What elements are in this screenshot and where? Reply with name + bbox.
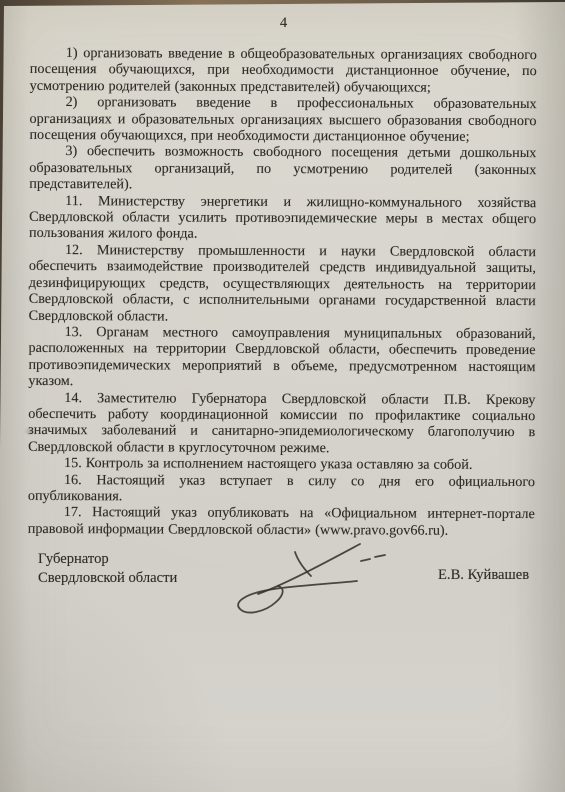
paragraph-item-15: 15. Контроль за исполнением настоящего у…	[28, 455, 535, 474]
paragraph-item-16: 16. Настоящий указ вступает в силу со дн…	[28, 471, 535, 506]
page-content: 4 1) организовать введение в общеобразов…	[28, 12, 537, 539]
handwritten-signature	[228, 528, 398, 628]
paragraph-item-13: 13. Органам местного самоуправления муни…	[28, 324, 535, 392]
paragraph-item-14: 14. Заместителю Губернатора Свердловской…	[28, 389, 535, 457]
paragraph-item-11: 11. Министерству энергетики и жилищно-ко…	[29, 193, 536, 244]
paper-smudge	[24, 428, 35, 435]
paragraph-item-12: 12. Министерству промышленности и науки …	[29, 242, 536, 326]
signer-name: Е.В. Куйвашев	[438, 567, 529, 584]
page-number: 4	[30, 12, 537, 34]
signer-title-line2: Свердловской области	[38, 569, 177, 588]
paragraph-subitem-3: 3) обеспечить возможность свободного пос…	[29, 143, 536, 194]
document-page: 4 1) организовать введение в общеобразов…	[0, 0, 565, 792]
photo-of-document: 4 1) организовать введение в общеобразов…	[0, 0, 565, 792]
paragraph-subitem-1: 1) организовать введение в общеобразоват…	[30, 45, 537, 96]
paragraph-subitem-2: 2) организовать введение в профессиональ…	[29, 94, 536, 145]
signer-title-line1: Губернатор	[38, 550, 177, 569]
signer-title: Губернатор Свердловской области	[38, 550, 177, 588]
